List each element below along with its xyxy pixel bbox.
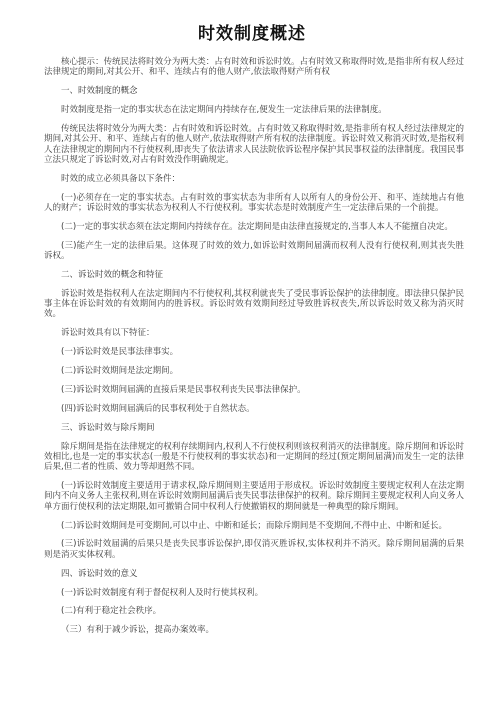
list-item: (一)必须存在一定的事实状态。占有时效的事实状态为非所有人以所有人的身份公开、和… <box>44 193 464 214</box>
list-item: (三)诉讼时效届满的后果只是丧失民事诉讼保护,即仅消灭胜诉权,实体权利并不消灭。… <box>44 539 464 560</box>
section-heading-3: 三、诉讼时效与除斥期间 <box>44 423 464 433</box>
body-paragraph: 诉讼时效具有以下特征： <box>44 328 464 338</box>
list-item: (二)有利于稳定社会秩序。 <box>44 606 464 616</box>
body-paragraph: 诉讼时效是指权利人在法定期间内不行使权利,其权利就丧失了受民事诉讼保护的法律制度… <box>44 289 464 320</box>
body-paragraph: 时效的成立必须具备以下条件： <box>44 174 464 184</box>
body-paragraph: 时效制度是指一定的事实状态在法定期间内持续存在,便发生一定法律后果的法律制度。 <box>44 105 464 115</box>
list-item: (一)诉讼时效制度有利于督促权利人及时行使其权利。 <box>44 588 464 598</box>
document-page: 时效制度概述 核心提示：传统民法将时效分为两大类：占有时效和诉讼时效。占有时效又… <box>0 0 504 713</box>
body-paragraph: 除斥期间是指在法律规定的权利存续期间内,权利人不行使权利则该权利消灭的法律制度。… <box>44 442 464 473</box>
list-item: (二)诉讼时效期间是可变期间,可以中止、中断和延长；而除斥期间是不变期间,不得中… <box>44 521 464 531</box>
list-item: (二)诉讼时效期间是法定期间。 <box>44 366 464 376</box>
list-item: (一)诉讼时效制度主要适用于请求权,除斥期间则主要适用于形成权。诉讼时效制度主要… <box>44 481 464 512</box>
document-body: 核心提示：传统民法将时效分为两大类：占有时效和诉讼时效。占有时效又称取得时效,是… <box>44 57 464 644</box>
summary-paragraph: 核心提示：传统民法将时效分为两大类：占有时效和诉讼时效。占有时效又称取得时效,是… <box>44 57 464 78</box>
list-item: （三）有利于减少诉讼，提高办案效率。 <box>44 625 464 635</box>
list-item: (三)诉讼时效期间届满的直接后果是民事权利丧失民事法律保护。 <box>44 385 464 395</box>
list-item: (一)诉讼时效是民事法律事实。 <box>44 347 464 357</box>
list-item: (四)诉讼时效期间届满后的民事权利处于自然状态。 <box>44 404 464 414</box>
list-item: (三)能产生一定的法律后果。这体现了时效的效力,如诉讼时效期间届满而权利人没有行… <box>44 241 464 262</box>
body-paragraph: 传统民法将时效分为两大类：占有时效和诉讼时效。占有时效又称取得时效,是指非所有权… <box>44 124 464 165</box>
list-item: (二)一定的事实状态须在法定期间内持续存在。法定期间是由法律直接规定的,当事人本… <box>44 222 464 232</box>
section-heading-4: 四、诉讼时效的意义 <box>44 569 464 579</box>
page-title: 时效制度概述 <box>0 24 504 44</box>
section-heading-1: 一、时效制度的概念 <box>44 86 464 96</box>
section-heading-2: 二、诉讼时效的概念和特征 <box>44 270 464 280</box>
